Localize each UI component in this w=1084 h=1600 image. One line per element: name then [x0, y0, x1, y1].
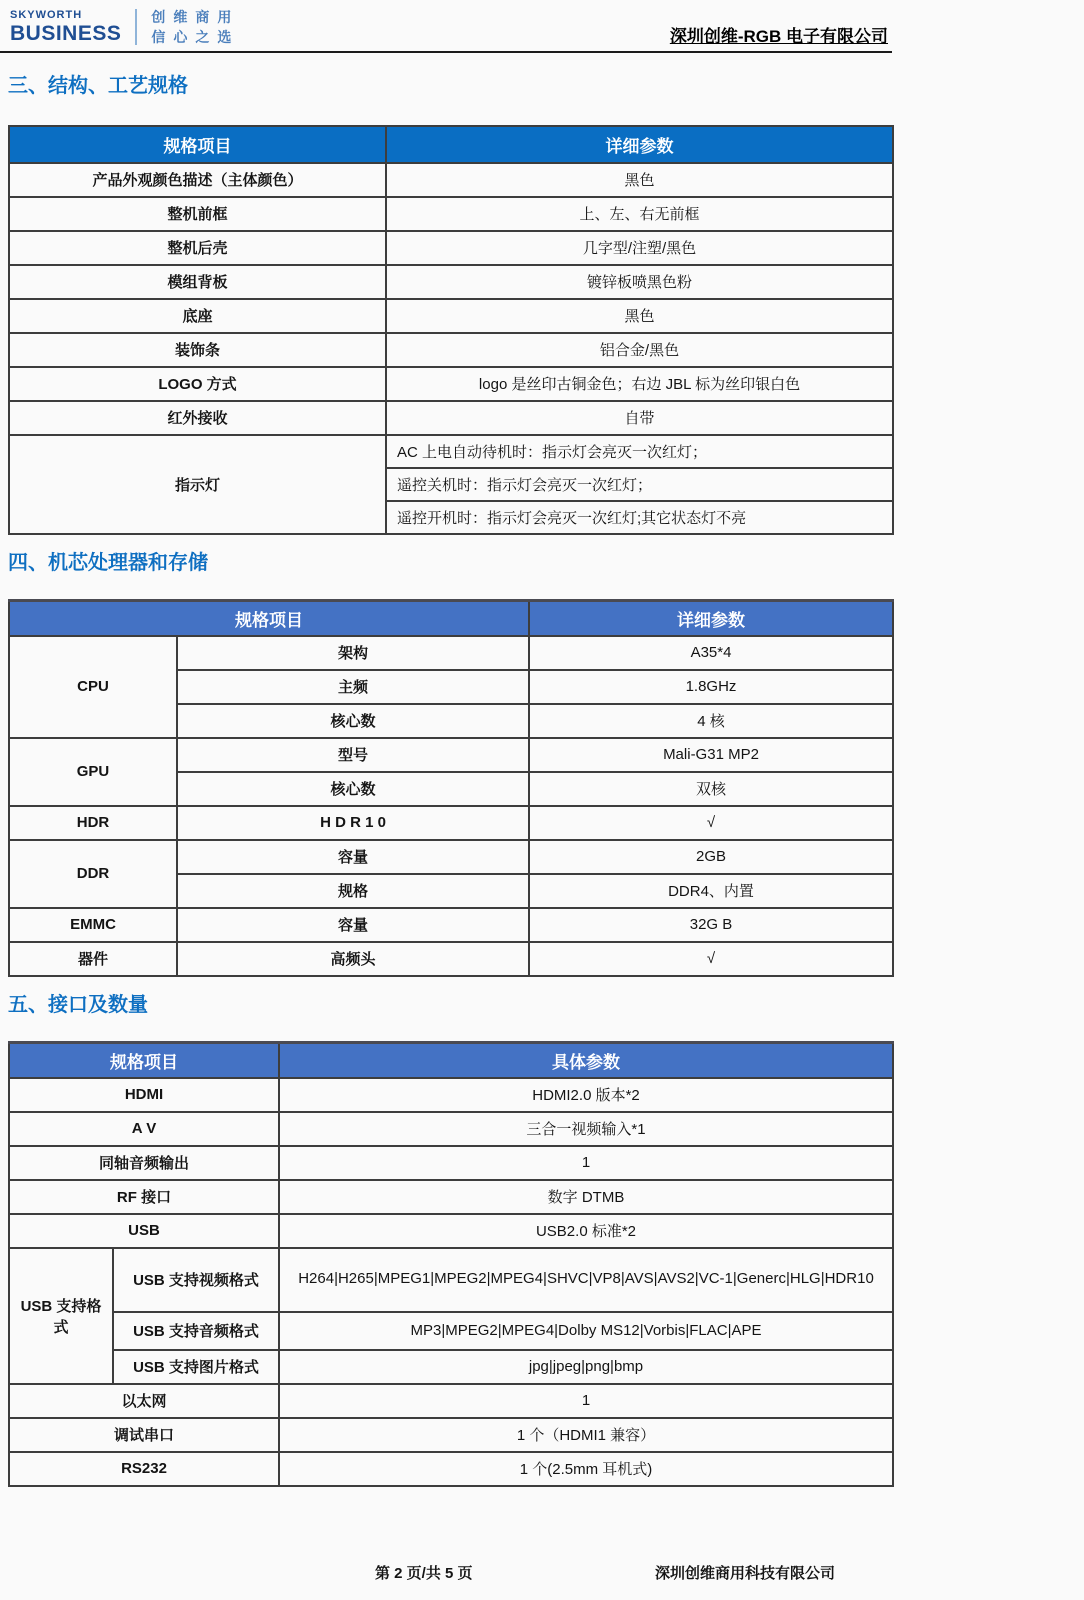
spec-value-cell: 铝合金/黑色 — [386, 333, 893, 367]
table-row: HDMI HDMI2.0 版本*2 — [9, 1078, 893, 1112]
sub-label-cell: USB 支持视频格式 — [113, 1248, 279, 1312]
tagline-line1: 创维商用 — [151, 7, 239, 27]
group-label-cell: DDR — [9, 840, 177, 908]
spec-value-cell: 双核 — [529, 772, 893, 806]
indicator-value-cell: 遥控关机时：指示灯会亮灭一次红灯； — [386, 468, 893, 501]
spec-value-cell: 上、左、右无前框 — [386, 197, 893, 231]
table-header-row: 规格项目 详细参数 — [9, 126, 893, 163]
spec-value-cell: 1 个(2.5mm 耳机式) — [279, 1452, 893, 1486]
tagline-line2: 信心之选 — [151, 27, 239, 47]
spec-label-cell: 整机后壳 — [9, 231, 386, 265]
spec-value-cell: 黑色 — [386, 299, 893, 333]
table-row: 器件 高频头 √ — [9, 942, 893, 976]
processor-storage-table: 规格项目 详细参数 CPU 架构 A35*4 主频 1.8GHz 核心数 4 核… — [8, 599, 894, 977]
skyworth-business-logo: SKYWORTH BUSINESS 创维商用 信心之选 — [10, 7, 239, 48]
sub-label-cell: 主频 — [177, 670, 529, 704]
sub-label-cell: 核心数 — [177, 772, 529, 806]
table-row: USB 支持图片格式 jpg|jpeg|png|bmp — [9, 1350, 893, 1384]
structure-spec-table: 规格项目 详细参数 产品外观颜色描述（主体颜色） 黑色 整机前框 上、左、右无前… — [8, 125, 894, 535]
table-row: 底座 黑色 — [9, 299, 893, 333]
table-header-row: 规格项目 具体参数 — [9, 1042, 893, 1078]
sub-label-cell: 容量 — [177, 908, 529, 942]
table-row: CPU 架构 A35*4 — [9, 636, 893, 670]
table-row: RF 接口 数字 DTMB — [9, 1180, 893, 1214]
brand-wordmark: SKYWORTH BUSINESS — [10, 10, 121, 44]
spec-label-cell: 装饰条 — [9, 333, 386, 367]
table-row: 调试串口 1 个（HDMI1 兼容） — [9, 1418, 893, 1452]
table-row: DDR 容量 2GB — [9, 840, 893, 874]
table-row: 同轴音频输出 1 — [9, 1146, 893, 1180]
page-header: SKYWORTH BUSINESS 创维商用 信心之选 深圳创维-RGB 电子有… — [0, 0, 892, 53]
group-label-cell: 器件 — [9, 942, 177, 976]
table-row: A V 三合一视频输入*1 — [9, 1112, 893, 1146]
section-title-interfaces: 五、接口及数量 — [8, 988, 892, 1017]
spec-value-cell: 数字 DTMB — [279, 1180, 893, 1214]
spec-label-cell: A V — [9, 1112, 279, 1146]
brand-tagline: 创维商用 信心之选 — [151, 7, 239, 48]
table-row: USB 支持格式 USB 支持视频格式 H264|H265|MPEG1|MPEG… — [9, 1248, 893, 1312]
spec-value-cell: 1 个（HDMI1 兼容） — [279, 1418, 893, 1452]
interfaces-table: 规格项目 具体参数 HDMI HDMI2.0 版本*2 A V 三合一视频输入*… — [8, 1041, 894, 1487]
group-label-cell: GPU — [9, 738, 177, 806]
col-header-spec-item: 规格项目 — [9, 1042, 279, 1078]
spec-value-cell: 黑色 — [386, 163, 893, 197]
spec-label-cell: 红外接收 — [9, 401, 386, 435]
brand-business-text: BUSINESS — [10, 23, 121, 44]
sub-label-cell: 容量 — [177, 840, 529, 874]
spec-value-cell: 2GB — [529, 840, 893, 874]
brand-skyworth-text: SKYWORTH — [10, 10, 121, 21]
table-row: USB USB2.0 标准*2 — [9, 1214, 893, 1248]
table-row: LOGO 方式 logo 是丝印古铜金色；右边 JBL 标为丝印银白色 — [9, 367, 893, 401]
sub-label-cell: 高频头 — [177, 942, 529, 976]
section-title-processor-storage: 四、机芯处理器和存储 — [8, 546, 892, 575]
spec-value-cell: H264|H265|MPEG1|MPEG2|MPEG4|SHVC|VP8|AVS… — [279, 1248, 893, 1312]
table-row: 产品外观颜色描述（主体颜色） 黑色 — [9, 163, 893, 197]
table-row: 以太网 1 — [9, 1384, 893, 1418]
spec-value-cell: 1 — [279, 1384, 893, 1418]
spec-label-cell: 以太网 — [9, 1384, 279, 1418]
spec-value-cell: 1.8GHz — [529, 670, 893, 704]
spec-value-cell: 32G B — [529, 908, 893, 942]
spec-label-cell: LOGO 方式 — [9, 367, 386, 401]
spec-label-cell: RS232 — [9, 1452, 279, 1486]
logo-divider — [135, 9, 137, 45]
indicator-value-cell: AC 上电自动待机时：指示灯会亮灭一次红灯； — [386, 435, 893, 468]
spec-value-cell: MP3|MPEG2|MPEG4|Dolby MS12|Vorbis|FLAC|A… — [279, 1312, 893, 1350]
sub-label-cell: H D R 1 0 — [177, 806, 529, 840]
col-header-specific-param: 具体参数 — [279, 1042, 893, 1078]
spec-label-cell: 产品外观颜色描述（主体颜色） — [9, 163, 386, 197]
spec-label-cell: 调试串口 — [9, 1418, 279, 1452]
spec-label-cell: 同轴音频输出 — [9, 1146, 279, 1180]
group-label-cell: CPU — [9, 636, 177, 738]
group-label-cell: HDR — [9, 806, 177, 840]
header-company-name: 深圳创维-RGB 电子有限公司 — [670, 22, 888, 48]
col-header-spec-item: 规格项目 — [9, 126, 386, 163]
spec-value-cell: HDMI2.0 版本*2 — [279, 1078, 893, 1112]
spec-value-cell: 4 核 — [529, 704, 893, 738]
spec-value-cell: 自带 — [386, 401, 893, 435]
spec-value-cell: jpg|jpeg|png|bmp — [279, 1350, 893, 1384]
table-header-row: 规格项目 详细参数 — [9, 600, 893, 636]
spec-label-cell: 底座 — [9, 299, 386, 333]
table-row: 装饰条 铝合金/黑色 — [9, 333, 893, 367]
sub-label-cell: 核心数 — [177, 704, 529, 738]
table-row: 整机后壳 几字型/注塑/黑色 — [9, 231, 893, 265]
spec-label-cell: RF 接口 — [9, 1180, 279, 1214]
footer-company-name: 深圳创维商用科技有限公司 — [655, 1562, 835, 1583]
spec-value-cell: logo 是丝印古铜金色；右边 JBL 标为丝印银白色 — [386, 367, 893, 401]
group-label-cell: EMMC — [9, 908, 177, 942]
table-row: 整机前框 上、左、右无前框 — [9, 197, 893, 231]
table-row: RS232 1 个(2.5mm 耳机式) — [9, 1452, 893, 1486]
table-row: 红外接收 自带 — [9, 401, 893, 435]
table-row: GPU 型号 Mali-G31 MP2 — [9, 738, 893, 772]
table-row: EMMC 容量 32G B — [9, 908, 893, 942]
spec-value-cell: USB2.0 标准*2 — [279, 1214, 893, 1248]
indicator-label-cell: 指示灯 — [9, 435, 386, 534]
spec-label-cell: HDMI — [9, 1078, 279, 1112]
spec-label-cell: 模组背板 — [9, 265, 386, 299]
spec-value-cell: √ — [529, 942, 893, 976]
sub-label-cell: USB 支持音频格式 — [113, 1312, 279, 1350]
spec-value-cell: √ — [529, 806, 893, 840]
spec-value-cell: 三合一视频输入*1 — [279, 1112, 893, 1146]
spec-label-cell: USB — [9, 1214, 279, 1248]
page-content: 三、结构、工艺规格 规格项目 详细参数 产品外观颜色描述（主体颜色） 黑色 整机… — [8, 69, 892, 1487]
col-header-detail-param: 详细参数 — [386, 126, 893, 163]
sub-label-cell: 型号 — [177, 738, 529, 772]
spec-value-cell: 几字型/注塑/黑色 — [386, 231, 893, 265]
spec-value-cell: 1 — [279, 1146, 893, 1180]
spec-value-cell: A35*4 — [529, 636, 893, 670]
usb-format-group-label-cell: USB 支持格式 — [9, 1248, 113, 1384]
table-row: 指示灯 AC 上电自动待机时：指示灯会亮灭一次红灯； — [9, 435, 893, 468]
spec-label-cell: 整机前框 — [9, 197, 386, 231]
sub-label-cell: 规格 — [177, 874, 529, 908]
spec-value-cell: Mali-G31 MP2 — [529, 738, 893, 772]
spec-value-cell: DDR4、内置 — [529, 874, 893, 908]
section-title-structure: 三、结构、工艺规格 — [8, 69, 892, 98]
table-row: USB 支持音频格式 MP3|MPEG2|MPEG4|Dolby MS12|Vo… — [9, 1312, 893, 1350]
indicator-value-cell: 遥控开机时：指示灯会亮灭一次红灯;其它状态灯不亮 — [386, 501, 893, 534]
table-row: HDR H D R 1 0 √ — [9, 806, 893, 840]
footer-page-number: 第 2 页/共 5 页 — [375, 1562, 473, 1583]
col-header-spec-item: 规格项目 — [9, 600, 529, 636]
sub-label-cell: USB 支持图片格式 — [113, 1350, 279, 1384]
table-row: 模组背板 镀锌板喷黑色粉 — [9, 265, 893, 299]
sub-label-cell: 架构 — [177, 636, 529, 670]
spec-value-cell: 镀锌板喷黑色粉 — [386, 265, 893, 299]
col-header-detail-param: 详细参数 — [529, 600, 893, 636]
